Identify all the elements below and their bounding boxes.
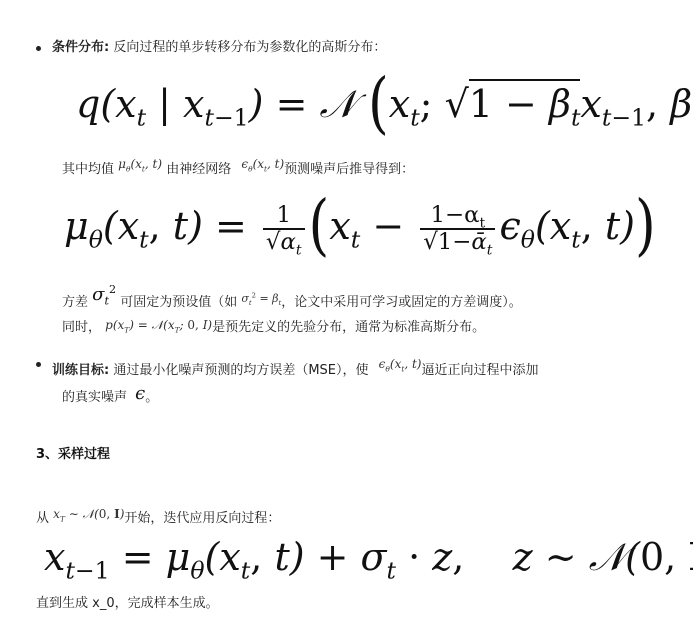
sampling-intro: 从 xT ∼ 𝒩(0, I)开始，迭代应用反向过程： — [36, 505, 280, 528]
conditional-distribution-item: 条件分布: 反向过程的单步转移分布为参数化的高斯分布： — [52, 39, 386, 57]
final-text: 直到生成 x_0，完成样本生成。 — [36, 595, 219, 613]
bullet-label: 训练目标: — [52, 363, 109, 378]
sigma-squared-inline: σt2 — [92, 284, 116, 305]
bullet-label: 条件分布: — [52, 40, 109, 55]
bullet-dot — [36, 46, 41, 51]
x-T-formula: xT ∼ 𝒩(0, I) — [53, 507, 124, 521]
epsilon-theta-inline: ϵθ(xt, t) — [241, 157, 284, 171]
training-objective-item: 训练目标: 通过最小化噪声预测的均方误差（MSE），使 ϵθ(xt, t)逼近正… — [52, 355, 539, 380]
bullet-text: 反向过程的单步转移分布为参数化的高斯分布： — [113, 40, 386, 55]
variance-description: 方差 σt2 可固定为预设值（如 σt2 = βt，论文中采用可学习或固定的方差… — [62, 286, 522, 312]
epsilon-symbol: ϵ — [135, 383, 145, 404]
prior-formula: p(xT) = 𝒩(xT; 0, I) — [105, 318, 212, 332]
equation-mu: μθ(xt, t) = 1√αt(xt − 1−αt√1−ᾱtϵθ(xt, t)… — [64, 200, 656, 255]
epsilon-theta-inline: ϵθ(xt, t) — [379, 357, 422, 371]
training-objective-line2: 的真实噪声 ϵ。 — [62, 385, 158, 407]
prior-description: 同时， p(xT) = 𝒩(xT; 0, I)是预先定义的先验分布，通常为标准高… — [62, 316, 485, 337]
equation-q: q(xt | xt−1) = 𝒩 (xt; √1 − βtxt−1, βtI) — [76, 78, 693, 129]
sigma-beta-example: σt2 = βt — [241, 292, 281, 305]
equation-sampling: xt−1 = μθ(xt, t) + σt · z, z ∼ 𝒩(0, I) — [44, 532, 693, 582]
mu-theta-inline: μθ(xt, t) — [118, 157, 162, 171]
mean-description: 其中均值 μθ(xt, t) 由神经网络 ϵθ(xt, t)预测噪声后推导得到： — [62, 155, 414, 179]
section-heading: 3、采样过程 — [36, 443, 110, 462]
bullet-dot — [36, 362, 41, 367]
